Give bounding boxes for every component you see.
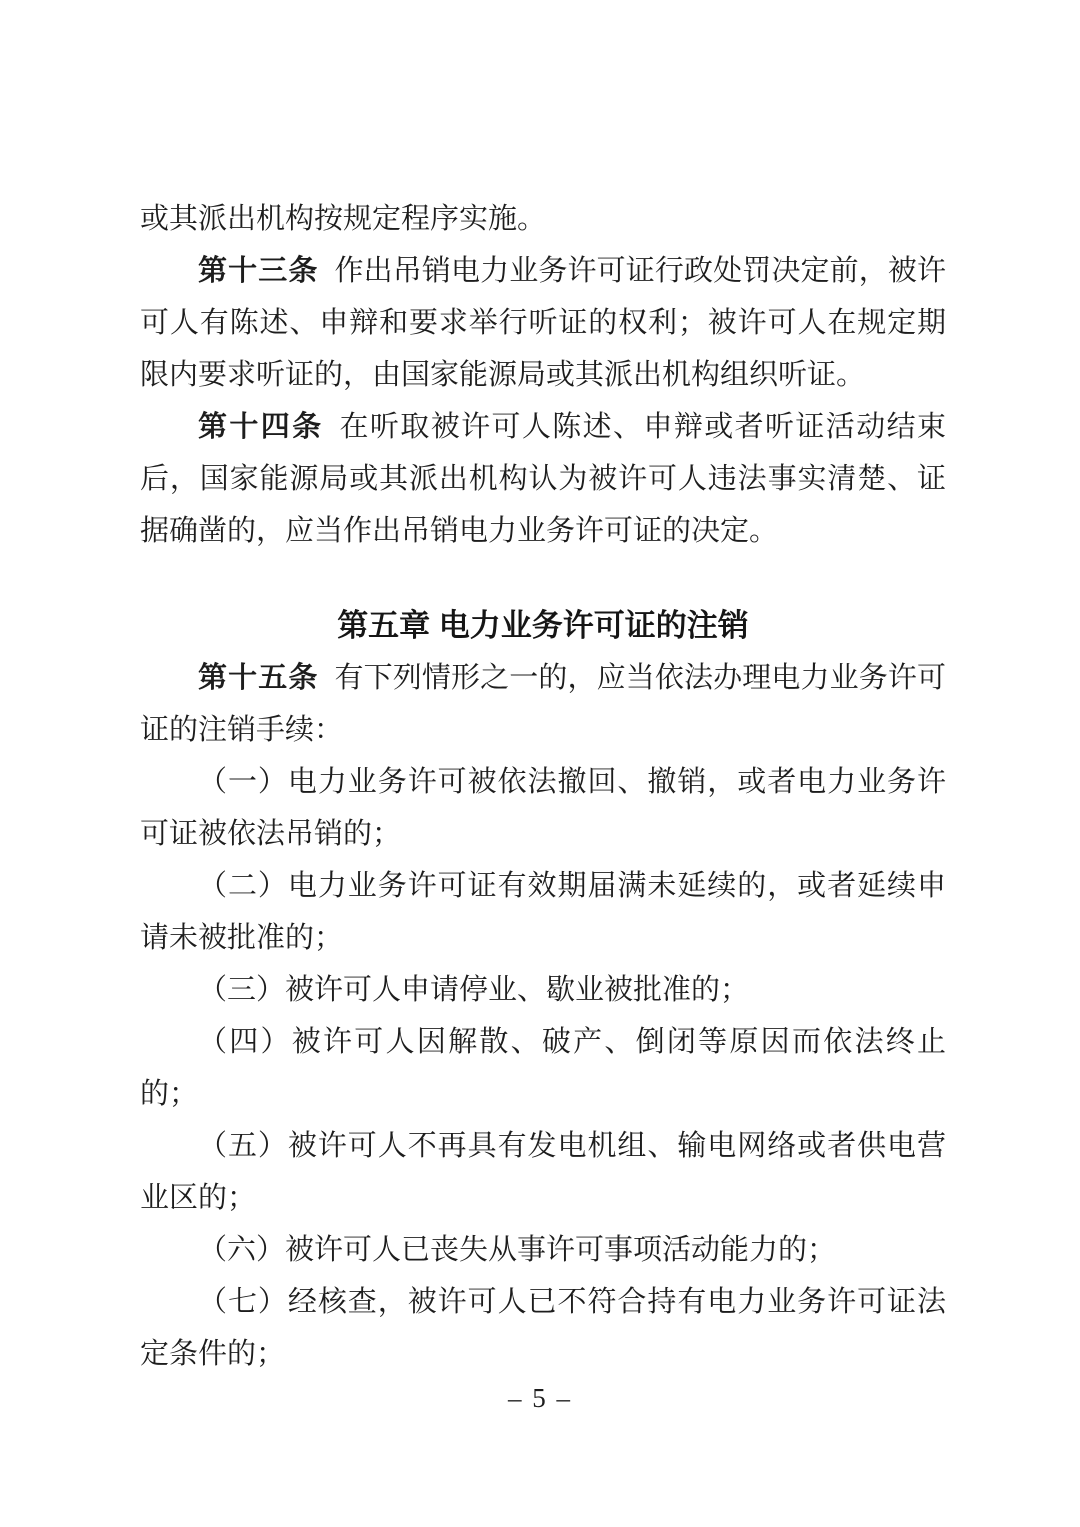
list-item-2: （二）电力业务许可证有效期届满未延续的，或者延续申请未被批准的； xyxy=(140,860,946,964)
list-item-5: （五）被许可人不再具有发电机组、输电网络或者供电营业区的； xyxy=(140,1120,946,1224)
list-item-7: （七）经核查，被许可人已不符合持有电力业务许可证法定条件的； xyxy=(140,1276,946,1380)
list-item-6: （六）被许可人已丧失从事许可事项活动能力的； xyxy=(140,1224,946,1276)
list-item-4: （四）被许可人因解散、破产、倒闭等原因而依法终止的； xyxy=(140,1016,946,1120)
article-13-paragraph: 第十三条作出吊销电力业务许可证行政处罚决定前，被许可人有陈述、申辩和要求举行听证… xyxy=(140,245,946,401)
page-number: – 5 – xyxy=(0,1383,1080,1414)
paragraph-continuation: 或其派出机构按规定程序实施。 xyxy=(140,193,946,245)
list-item-3: （三）被许可人申请停业、歇业被批准的； xyxy=(140,964,946,1016)
article-15-number: 第十五条 xyxy=(198,662,319,694)
chapter-5-heading: 第五章 电力业务许可证的注销 xyxy=(140,600,946,652)
document-body: 或其派出机构按规定程序实施。 第十三条作出吊销电力业务许可证行政处罚决定前，被许… xyxy=(140,193,946,1380)
list-item-1: （一）电力业务许可被依法撤回、撤销，或者电力业务许可证被依法吊销的； xyxy=(140,756,946,860)
article-13-number: 第十三条 xyxy=(198,255,319,287)
article-14-number: 第十四条 xyxy=(198,411,324,443)
article-15-paragraph: 第十五条有下列情形之一的，应当依法办理电力业务许可证的注销手续： xyxy=(140,652,946,756)
document-page: 或其派出机构按规定程序实施。 第十三条作出吊销电力业务许可证行政处罚决定前，被许… xyxy=(0,0,1080,1527)
article-14-paragraph: 第十四条在听取被许可人陈述、申辩或者听证活动结束后，国家能源局或其派出机构认为被… xyxy=(140,401,946,557)
